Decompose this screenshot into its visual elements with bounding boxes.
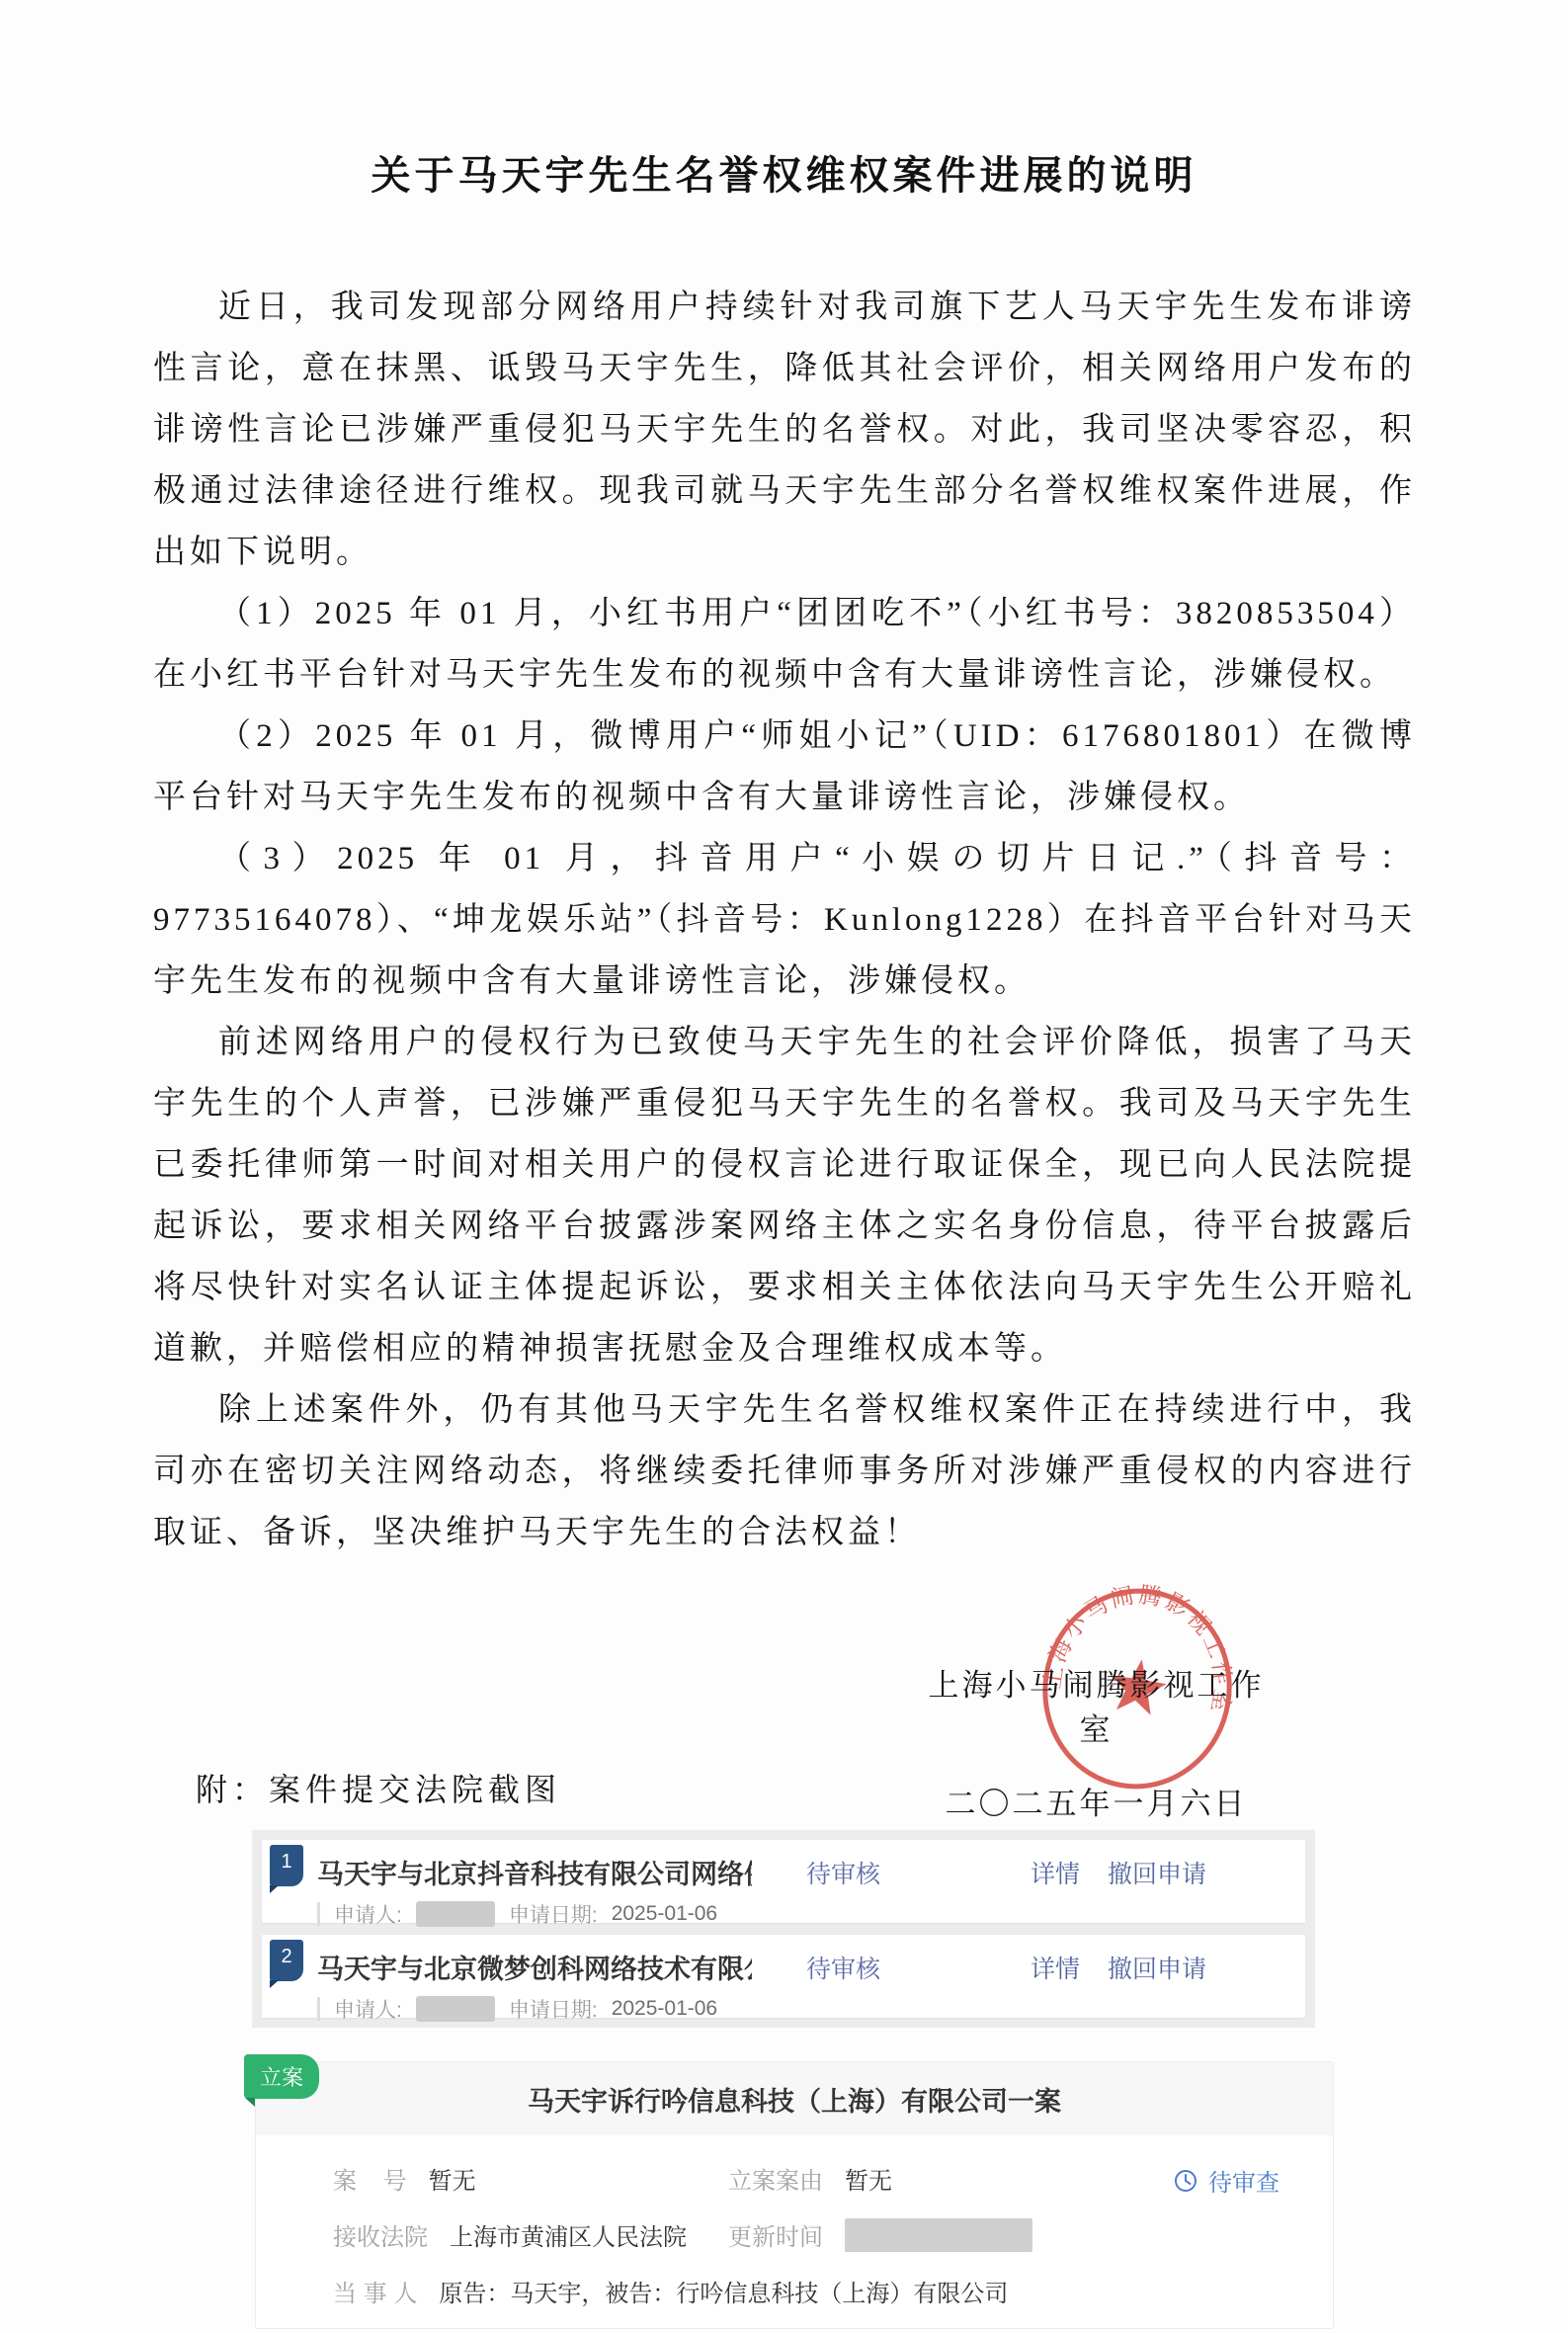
filing-case-title: 马天宇诉行吟信息科技（上海）有限公司一案	[528, 2080, 1061, 2119]
apply-date-label: 申请日期:	[509, 1994, 598, 2024]
cause-label: 立案案由	[728, 2161, 823, 2196]
filing-status-badge: 立案	[244, 2054, 319, 2099]
paragraph-1: 近日，我司发现部分网络用户持续针对我司旗下艺人马天宇先生发布诽谤性言论，意在抹黑…	[153, 277, 1416, 583]
divider	[317, 1902, 320, 1926]
paragraph-3: （2）2025 年 01 月，微博用户“师姐小记”（UID：6176801801…	[153, 706, 1416, 828]
document-title: 关于马天宇先生名誉权维权案件进展的说明	[0, 144, 1568, 201]
apply-date: 2025-01-06	[612, 1997, 717, 2021]
case-number-badge: 1	[270, 1845, 303, 1886]
apply-date-label: 申请日期:	[509, 1899, 598, 1929]
case-submission-list: 1 马天宇与北京抖音科技有限公司网络侵权... 待审核 详情 撤回申请 申请人:…	[252, 1830, 1315, 2028]
case-no-value: 暂无	[429, 2161, 476, 2196]
attachment-label: 附：案件提交法院截图	[196, 1765, 561, 1810]
case-title: 马天宇与北京微梦创科网络技术有限公司...	[317, 1948, 752, 1986]
review-status-text: 待审查	[1208, 2163, 1279, 2198]
redacted-update-time	[845, 2218, 1032, 2252]
withdraw-link[interactable]: 撤回申请	[1108, 1855, 1206, 1890]
redacted-applicant	[416, 1996, 495, 2022]
divider	[317, 1997, 320, 2021]
document-body: 近日，我司发现部分网络用户持续针对我司旗下艺人马天宇先生发布诽谤性言论，意在抹黑…	[153, 277, 1416, 1563]
court-value: 上海市黄浦区人民法院	[450, 2217, 687, 2252]
detail-link[interactable]: 详情	[1031, 1855, 1080, 1890]
signature-org: 上海小马闹腾影视工作室	[926, 1660, 1267, 1749]
applicant-label: 申请人:	[334, 1994, 402, 2024]
court-label: 接收法院	[333, 2217, 428, 2252]
status-badge: 待审核	[806, 1950, 880, 1985]
document-page: 关于马天宇先生名誉权维权案件进展的说明 近日，我司发现部分网络用户持续针对我司旗…	[0, 0, 1568, 2333]
paragraph-2: （1）2025 年 01 月，小红书用户“团团吃不”（小红书号：38208535…	[153, 583, 1416, 706]
update-time-label: 更新时间	[728, 2217, 823, 2252]
filing-card: 立案 马天宇诉行吟信息科技（上海）有限公司一案 案 号 暂无 立案案由 暂无	[255, 2061, 1334, 2329]
clock-icon	[1173, 2168, 1198, 2194]
apply-date: 2025-01-06	[612, 1902, 717, 1926]
case-row-1: 1 马天宇与北京抖音科技有限公司网络侵权... 待审核 详情 撤回申请 申请人:…	[262, 1840, 1305, 1923]
withdraw-link[interactable]: 撤回申请	[1108, 1950, 1206, 1985]
review-status: 待审查	[1173, 2163, 1279, 2198]
applicant-label: 申请人:	[334, 1899, 402, 1929]
case-number-badge: 2	[270, 1940, 303, 1981]
case-no-label: 案 号	[333, 2161, 407, 2196]
paragraph-6: 除上述案件外，仍有其他马天宇先生名誉权维权案件正在持续进行中，我司亦在密切关注网…	[153, 1379, 1416, 1563]
cause-value: 暂无	[845, 2161, 892, 2196]
signature-date: 二〇二五年一月六日	[926, 1779, 1267, 1823]
paragraph-5: 前述网络用户的侵权行为已致使马天宇先生的社会评价降低，损害了马天宇先生的个人声誉…	[153, 1012, 1416, 1379]
signature-block: 上海小马闹腾影视工作室 二〇二五年一月六日	[926, 1660, 1267, 1823]
case-row-2: 2 马天宇与北京微梦创科网络技术有限公司... 待审核 详情 撤回申请 申请人:…	[262, 1935, 1305, 2018]
redacted-applicant	[416, 1901, 495, 1927]
paragraph-4: （3）2025 年 01 月，抖音用户“小娱の切片日记.”（抖音号：977351…	[153, 828, 1416, 1012]
party-label: 当 事 人	[333, 2274, 417, 2308]
case-title: 马天宇与北京抖音科技有限公司网络侵权...	[317, 1853, 752, 1891]
party-value: 原告：马天宇，被告：行吟信息科技（上海）有限公司	[439, 2274, 1008, 2308]
status-badge: 待审核	[806, 1855, 880, 1890]
detail-link[interactable]: 详情	[1031, 1950, 1080, 1985]
